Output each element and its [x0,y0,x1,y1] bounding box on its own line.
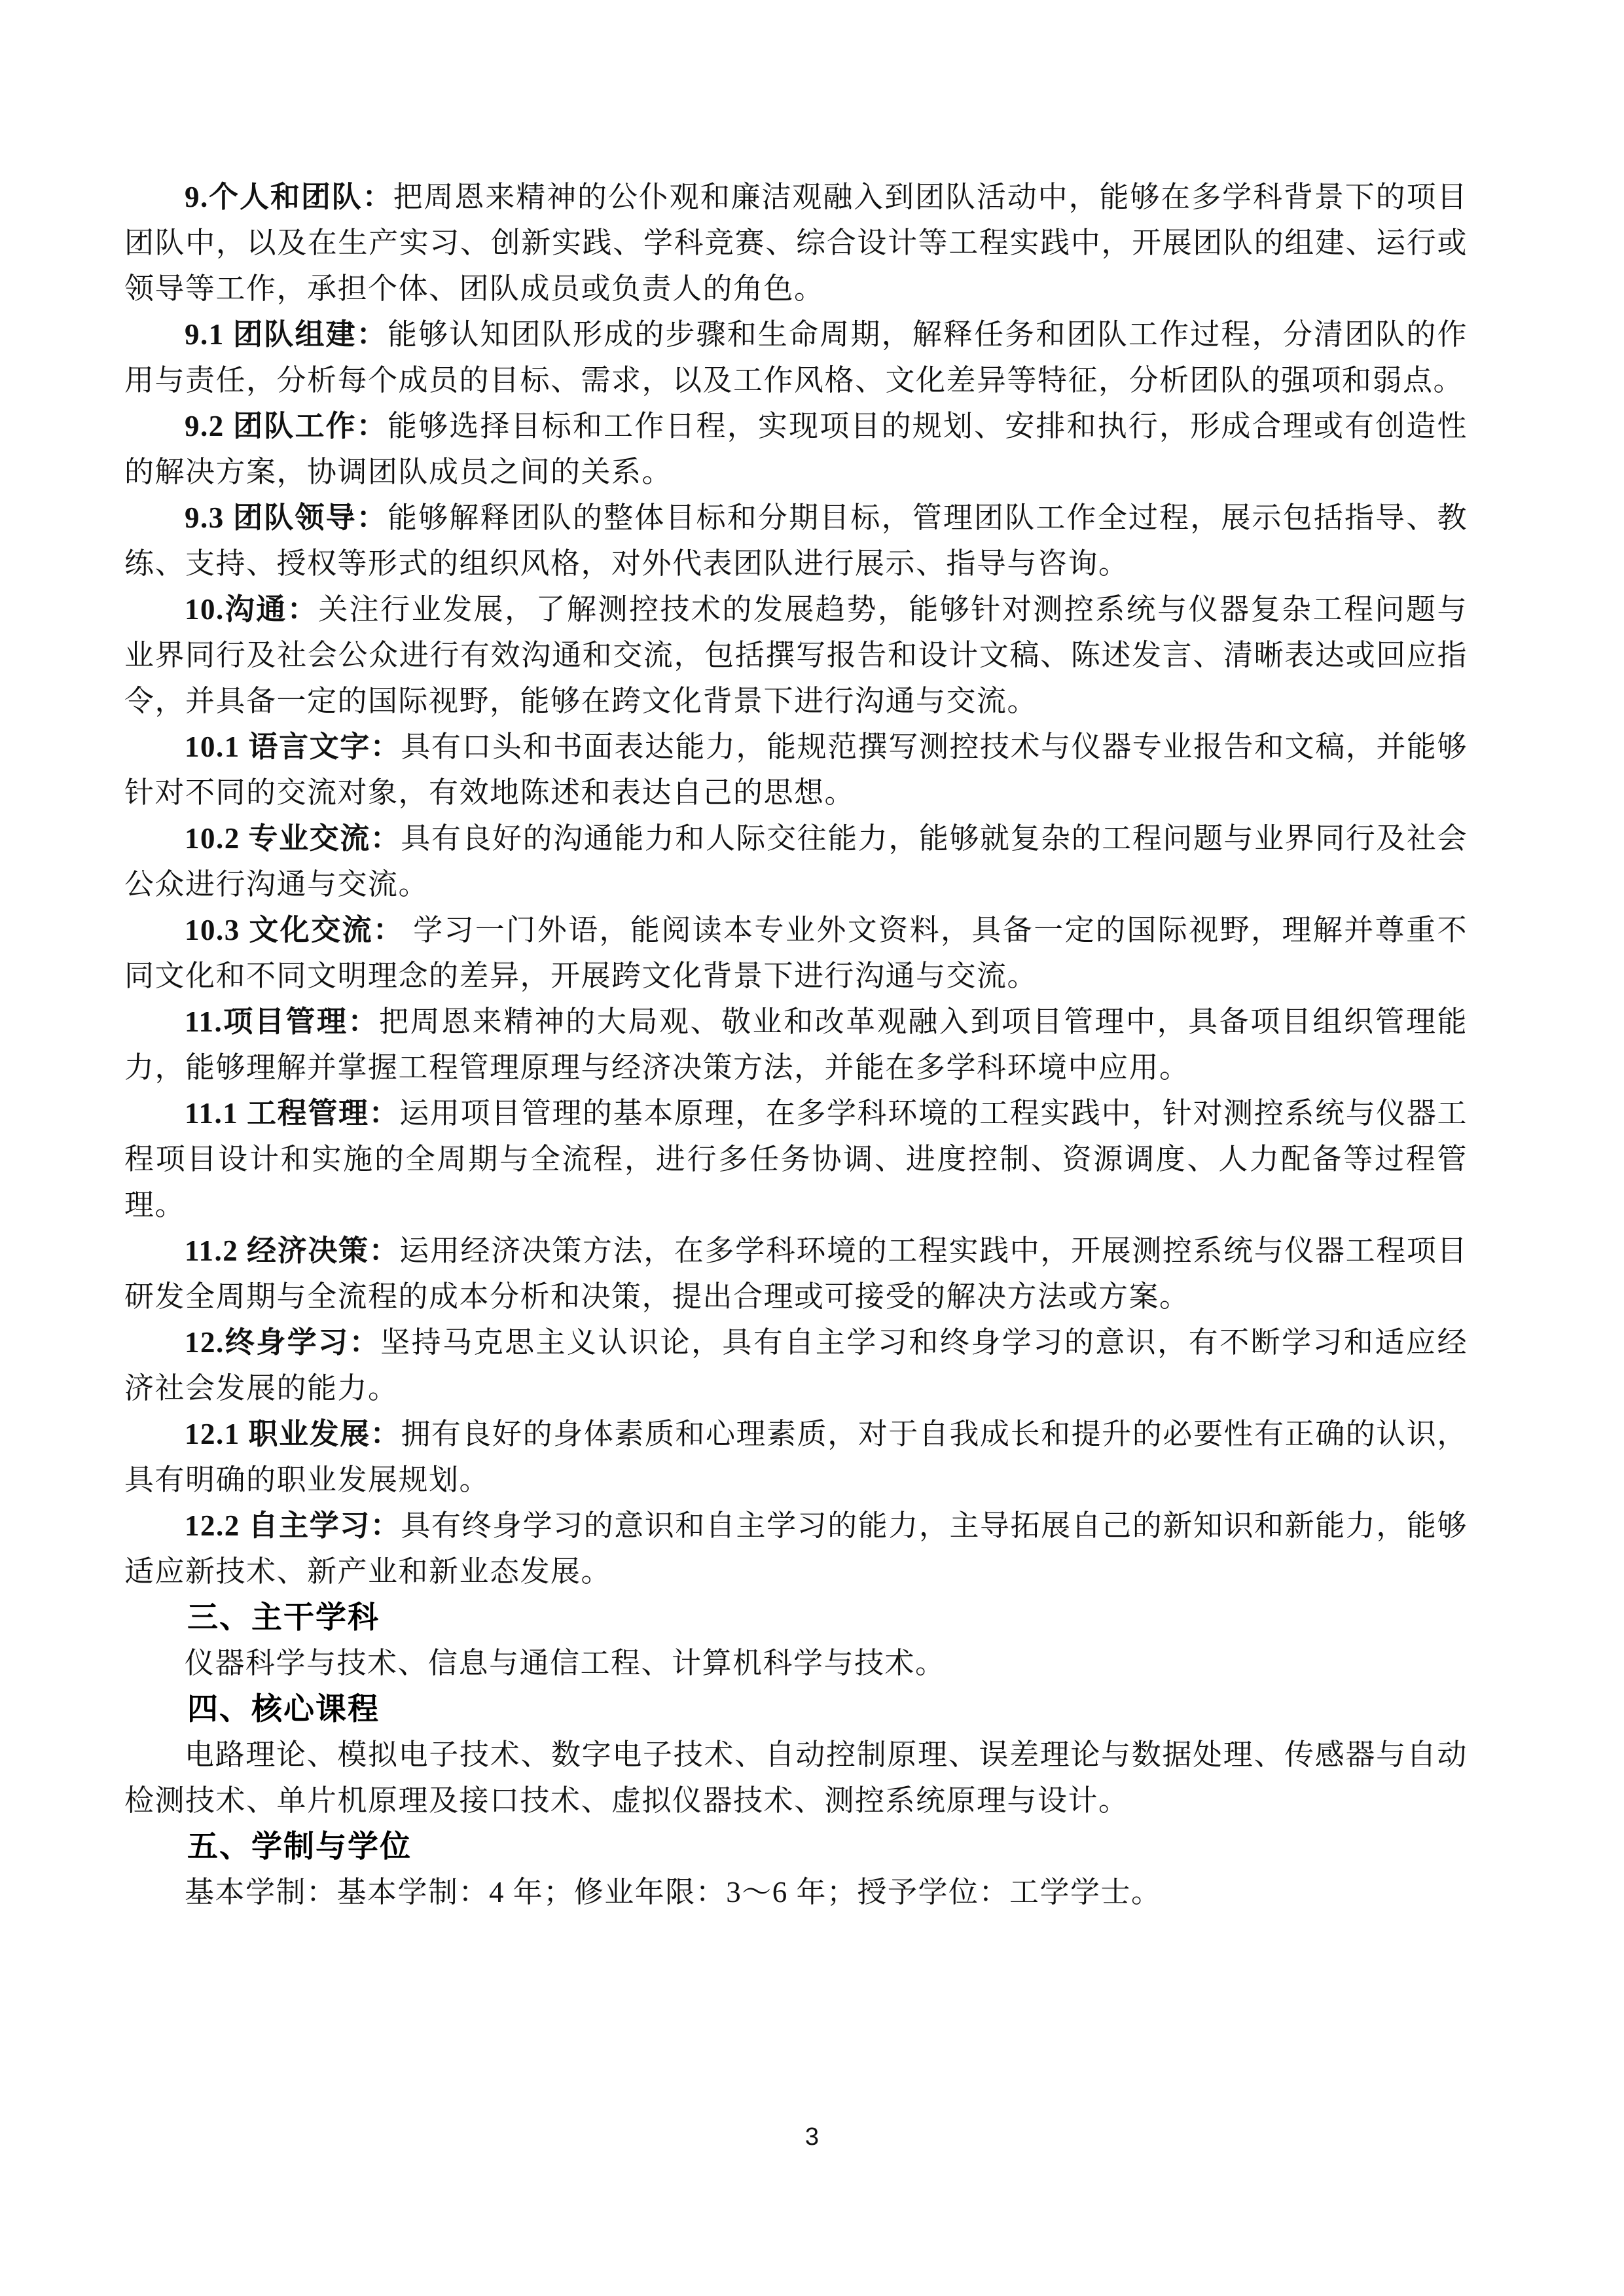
section-heading: 五、学制与学位 [124,1823,1468,1869]
paragraph-label: 12.终身学习： [185,1326,380,1359]
section-heading: 三、主干学科 [124,1594,1468,1640]
section-heading: 四、核心课程 [124,1686,1468,1732]
paragraph-label: 10.1 语言文字： [185,730,401,763]
paragraph: 10.2 专业交流：具有良好的沟通能力和人际交往能力，能够就复杂的工程问题与业界… [124,816,1468,907]
paragraph-label: 11.2 经济决策： [185,1234,399,1267]
document-page: 9.个人和团队：把周恩来精神的公仆观和廉洁观融入到团队活动中，能够在多学科背景下… [0,0,1624,2296]
paragraph: 11.1 工程管理：运用项目管理的基本原理，在多学科环境的工程实践中，针对测控系… [124,1090,1468,1228]
paragraph: 10.3 文化交流： 学习一门外语，能阅读本专业外文资料，具备一定的国际视野，理… [124,907,1468,999]
paragraph-label: 11.项目管理： [185,1005,379,1038]
paragraph: 仪器科学与技术、信息与通信工程、计算机科学与技术。 [124,1640,1468,1686]
paragraph: 10.1 语言文字：具有口头和书面表达能力，能规范撰写测控技术与仪器专业报告和文… [124,724,1468,816]
paragraph-label: 10.3 文化交流： [185,914,404,946]
paragraph: 电路理论、模拟电子技术、数字电子技术、自动控制原理、误差理论与数据处理、传感器与… [124,1732,1468,1823]
paragraph: 9.3 团队领导：能够解释团队的整体目标和分期目标，管理团队工作全过程，展示包括… [124,495,1468,586]
paragraph: 10.沟通：关注行业发展，了解测控技术的发展趋势，能够针对测控系统与仪器复杂工程… [124,586,1468,724]
paragraph: 9.个人和团队：把周恩来精神的公仆观和廉洁观融入到团队活动中，能够在多学科背景下… [124,174,1468,312]
paragraph: 12.1 职业发展：拥有良好的身体素质和心理素质，对于自我成长和提升的必要性有正… [124,1411,1468,1503]
paragraph-label: 9.个人和团队： [185,181,393,213]
paragraph: 11.项目管理：把周恩来精神的大局观、敬业和改革观融入到项目管理中，具备项目组织… [124,999,1468,1090]
paragraph-label: 9.1 团队组建： [185,318,388,351]
paragraph: 11.2 经济决策：运用经济决策方法，在多学科环境的工程实践中，开展测控系统与仪… [124,1228,1468,1319]
paragraph-label: 10.2 专业交流： [185,822,401,855]
paragraph-label: 11.1 工程管理： [185,1097,399,1130]
paragraph: 12.终身学习：坚持马克思主义认识论，具有自主学习和终身学习的意识，有不断学习和… [124,1319,1468,1411]
paragraph-label: 9.3 团队领导： [185,501,388,534]
paragraph-label: 10.沟通： [185,593,318,626]
page-number: 3 [805,2123,819,2151]
paragraph: 基本学制：基本学制：4 年；修业年限：3～6 年；授予学位：工学学士。 [124,1869,1468,1915]
paragraph-label: 12.2 自主学习： [185,1509,401,1542]
paragraph-label: 12.1 职业发展： [185,1418,401,1450]
paragraph: 12.2 自主学习：具有终身学习的意识和自主学习的能力，主导拓展自己的新知识和新… [124,1503,1468,1594]
paragraph: 9.2 团队工作：能够选择目标和工作日程，实现项目的规划、安排和执行，形成合理或… [124,403,1468,495]
document-body: 9.个人和团队：把周恩来精神的公仆观和廉洁观融入到团队活动中，能够在多学科背景下… [124,174,1468,1915]
paragraph-label: 9.2 团队工作： [185,410,388,442]
paragraph: 9.1 团队组建：能够认知团队形成的步骤和生命周期，解释任务和团队工作过程，分清… [124,312,1468,403]
page-footer: 3 [0,2123,1624,2151]
